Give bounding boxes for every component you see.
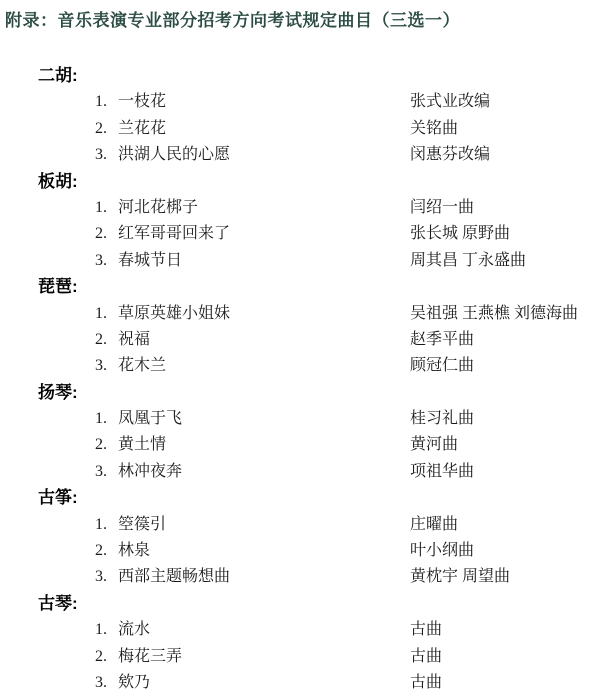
repertoire-row: 3. 洪湖人民的心愿 闵惠芬改编 — [0, 142, 606, 168]
item-number: 1. — [95, 512, 118, 538]
item-number: 2. — [95, 327, 118, 353]
piece-title: 春城节日 — [118, 248, 410, 274]
piece-title: 欸乃 — [118, 670, 410, 696]
section-guqin: 古琴: 1. 流水 古曲 2. 梅花三弄 古曲 3. 欸乃 古曲 — [0, 591, 606, 697]
repertoire-row: 1. 一枝花 张式业改编 — [0, 89, 606, 115]
piece-title: 凤凰于飞 — [118, 406, 410, 432]
section-pipa: 琵琶: 1. 草原英雄小姐妹 吴祖强 王燕樵 刘德海曲 2. 祝福 赵季平曲 3… — [0, 274, 606, 380]
item-number: 2. — [95, 644, 118, 670]
piece-title: 西部主题畅想曲 — [118, 564, 410, 590]
repertoire-row: 1. 凤凰于飞 桂习礼曲 — [0, 406, 606, 432]
composer-name: 顾冠仁曲 — [410, 353, 606, 379]
section-yangqin: 扬琴: 1. 凤凰于飞 桂习礼曲 2. 黄土情 黄河曲 3. 林冲夜奔 项祖华曲 — [0, 380, 606, 486]
section-guzheng: 古筝: 1. 箜篌引 庄曜曲 2. 林泉 叶小纲曲 3. 西部主题畅想曲 黄枕宇… — [0, 485, 606, 591]
composer-name: 古曲 — [410, 644, 606, 670]
section-banhu: 板胡: 1. 河北花梆子 闫绍一曲 2. 红军哥哥回来了 张长城 原野曲 3. … — [0, 169, 606, 275]
repertoire-row: 3. 花木兰 顾冠仁曲 — [0, 353, 606, 379]
composer-name: 黄枕宇 周望曲 — [410, 564, 606, 590]
composer-name: 叶小纲曲 — [410, 538, 606, 564]
composer-name: 闵惠芬改编 — [410, 142, 606, 168]
repertoire-list: 二胡: 1. 一枝花 张式业改编 2. 兰花花 关铭曲 3. 洪湖人民的心愿 闵… — [0, 63, 606, 696]
composer-name: 古曲 — [410, 670, 606, 696]
document-page: 附录：音乐表演专业部分招考方向考试规定曲目（三选一） 二胡: 1. 一枝花 张式… — [0, 0, 606, 697]
composer-name: 闫绍一曲 — [410, 195, 606, 221]
item-number: 3. — [95, 248, 118, 274]
composer-name: 庄曜曲 — [410, 512, 606, 538]
item-number: 1. — [95, 301, 118, 327]
piece-title: 林泉 — [118, 538, 410, 564]
item-number: 2. — [95, 538, 118, 564]
instrument-heading: 古筝: — [0, 485, 606, 511]
composer-name: 赵季平曲 — [410, 327, 606, 353]
item-number: 3. — [95, 142, 118, 168]
repertoire-row: 3. 林冲夜奔 项祖华曲 — [0, 459, 606, 485]
item-number: 3. — [95, 670, 118, 696]
repertoire-row: 2. 黄土情 黄河曲 — [0, 432, 606, 458]
composer-name: 吴祖强 王燕樵 刘德海曲 — [410, 301, 606, 327]
piece-title: 兰花花 — [118, 116, 410, 142]
piece-title: 黄土情 — [118, 432, 410, 458]
piece-title: 一枝花 — [118, 89, 410, 115]
repertoire-row: 2. 红军哥哥回来了 张长城 原野曲 — [0, 221, 606, 247]
piece-title: 草原英雄小姐妹 — [118, 301, 410, 327]
piece-title: 洪湖人民的心愿 — [118, 142, 410, 168]
instrument-heading: 板胡: — [0, 169, 606, 195]
composer-name: 黄河曲 — [410, 432, 606, 458]
repertoire-row: 2. 兰花花 关铭曲 — [0, 116, 606, 142]
instrument-heading: 琵琶: — [0, 274, 606, 300]
item-number: 1. — [95, 406, 118, 432]
piece-title: 林冲夜奔 — [118, 459, 410, 485]
repertoire-row: 1. 草原英雄小姐妹 吴祖强 王燕樵 刘德海曲 — [0, 301, 606, 327]
repertoire-row: 3. 西部主题畅想曲 黄枕宇 周望曲 — [0, 564, 606, 590]
composer-name: 关铭曲 — [410, 116, 606, 142]
instrument-heading: 古琴: — [0, 591, 606, 617]
piece-title: 祝福 — [118, 327, 410, 353]
composer-name: 张长城 原野曲 — [410, 221, 606, 247]
repertoire-row: 2. 祝福 赵季平曲 — [0, 327, 606, 353]
item-number: 3. — [95, 459, 118, 485]
piece-title: 梅花三弄 — [118, 644, 410, 670]
repertoire-row: 1. 流水 古曲 — [0, 617, 606, 643]
item-number: 3. — [95, 353, 118, 379]
composer-name: 桂习礼曲 — [410, 406, 606, 432]
composer-name: 项祖华曲 — [410, 459, 606, 485]
item-number: 2. — [95, 432, 118, 458]
item-number: 1. — [95, 195, 118, 221]
piece-title: 花木兰 — [118, 353, 410, 379]
instrument-heading: 扬琴: — [0, 380, 606, 406]
composer-name: 张式业改编 — [410, 89, 606, 115]
item-number: 1. — [95, 617, 118, 643]
repertoire-row: 2. 梅花三弄 古曲 — [0, 644, 606, 670]
section-erhu: 二胡: 1. 一枝花 张式业改编 2. 兰花花 关铭曲 3. 洪湖人民的心愿 闵… — [0, 63, 606, 169]
piece-title: 河北花梆子 — [118, 195, 410, 221]
repertoire-row: 2. 林泉 叶小纲曲 — [0, 538, 606, 564]
item-number: 2. — [95, 116, 118, 142]
repertoire-row: 3. 春城节日 周其昌 丁永盛曲 — [0, 248, 606, 274]
repertoire-row: 1. 河北花梆子 闫绍一曲 — [0, 195, 606, 221]
composer-name: 周其昌 丁永盛曲 — [410, 248, 606, 274]
repertoire-row: 3. 欸乃 古曲 — [0, 670, 606, 696]
item-number: 2. — [95, 221, 118, 247]
page-title: 附录：音乐表演专业部分招考方向考试规定曲目（三选一） — [0, 0, 606, 31]
piece-title: 流水 — [118, 617, 410, 643]
piece-title: 箜篌引 — [118, 512, 410, 538]
piece-title: 红军哥哥回来了 — [118, 221, 410, 247]
composer-name: 古曲 — [410, 617, 606, 643]
item-number: 1. — [95, 89, 118, 115]
repertoire-row: 1. 箜篌引 庄曜曲 — [0, 512, 606, 538]
instrument-heading: 二胡: — [0, 63, 606, 89]
item-number: 3. — [95, 564, 118, 590]
